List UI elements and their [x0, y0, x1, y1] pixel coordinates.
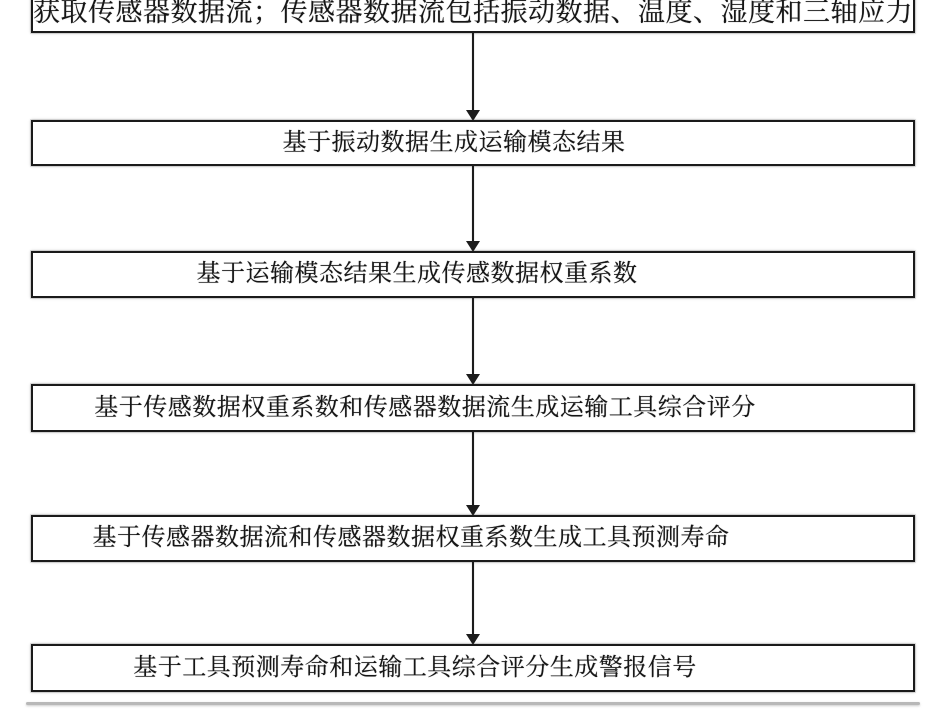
flow-step-1-label: 获取传感器数据流；传感器数据流包括振动数据、温度、湿度和三轴应力	[33, 0, 913, 28]
flow-step-4: 基于传感数据权重系数和传感器数据流生成运输工具综合评分	[31, 384, 915, 432]
flow-step-3: 基于运输模态结果生成传感数据权重系数	[31, 251, 915, 298]
flowchart-diagram: 获取传感器数据流；传感器数据流包括振动数据、温度、湿度和三轴应力 基于振动数据生…	[0, 0, 929, 714]
flow-step-4-label: 基于传感数据权重系数和传感器数据流生成运输工具综合评分	[94, 395, 756, 421]
flow-connector-3	[472, 298, 474, 384]
flow-step-6-label: 基于工具预测寿命和运输工具综合评分生成警报信号	[133, 655, 697, 681]
flow-step-1: 获取传感器数据流；传感器数据流包括振动数据、温度、湿度和三轴应力	[31, 0, 915, 33]
flow-step-2: 基于振动数据生成运输模态结果	[31, 120, 915, 166]
cutoff-next-box-edge	[26, 702, 920, 705]
flow-step-5-label: 基于传感器数据流和传感器数据权重系数生成工具预测寿命	[93, 525, 730, 551]
flow-connector-1	[472, 33, 474, 120]
flow-step-2-label: 基于振动数据生成运输模态结果	[283, 130, 626, 156]
flow-step-6: 基于工具预测寿命和运输工具综合评分生成警报信号	[31, 644, 915, 692]
flow-connector-4	[472, 432, 474, 515]
flow-connector-2	[472, 166, 474, 251]
flow-step-5: 基于传感器数据流和传感器数据权重系数生成工具预测寿命	[31, 515, 915, 562]
flow-step-3-label: 基于运输模态结果生成传感数据权重系数	[197, 261, 638, 287]
flow-connector-5	[472, 562, 474, 644]
